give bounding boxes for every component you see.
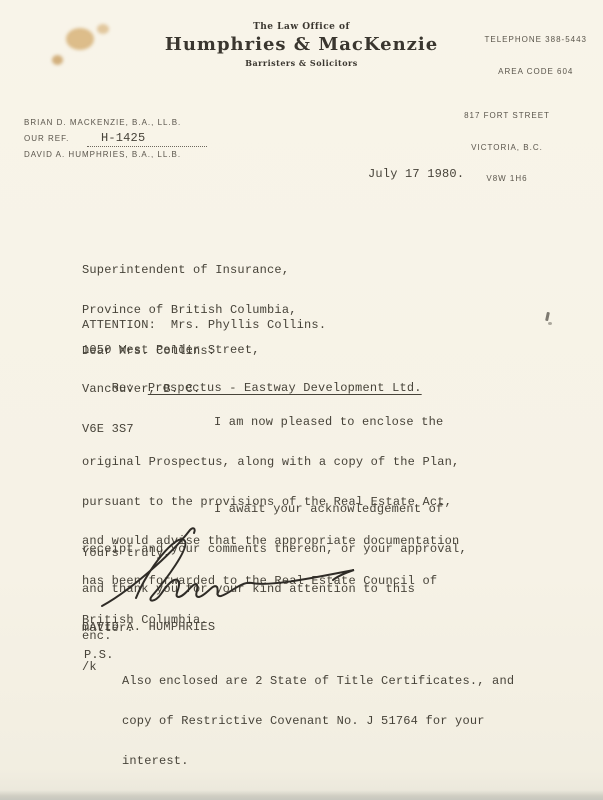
reference-label: OUR REF. xyxy=(24,134,69,143)
letterhead: The Law Office of Humphries & MacKenzie … xyxy=(0,22,603,68)
postscript-line: interest. xyxy=(122,755,514,768)
reference-line: OUR REF. H-1425 xyxy=(24,128,207,147)
postscript-label: P.S. xyxy=(84,649,114,662)
attention-line: ATTENTION: Mrs. Phyllis Collins. xyxy=(82,319,326,332)
salutation: Dear Mrs. Collins: xyxy=(82,345,215,358)
body-line: original Prospectus, along with a copy o… xyxy=(82,456,459,469)
ink-speck xyxy=(545,312,550,321)
office-street: 817 FORT STREET xyxy=(439,111,575,122)
area-code: AREA CODE 604 xyxy=(485,67,588,78)
attorney-name: BRIAN D. MACKENZIE, B.A., LL.B. xyxy=(24,118,181,129)
ink-speck xyxy=(548,322,552,325)
postscript-line: copy of Restrictive Covenant No. J 51764… xyxy=(122,715,514,728)
recipient-line: Province of British Columbia, xyxy=(82,304,297,317)
body-line: I await your acknowledgement of xyxy=(82,503,467,516)
letterhead-tagline-bottom: Barristers & Solicitors xyxy=(0,58,603,68)
office-city: VICTORIA, B.C. xyxy=(439,143,575,154)
firm-name: Humphries & MacKenzie xyxy=(0,34,603,55)
scanned-letter-page: TELEPHONE 388-5443 AREA CODE 604 The Law… xyxy=(0,0,603,800)
recipient-line: Superintendent of Insurance, xyxy=(82,264,297,277)
letterhead-tagline-top: The Law Office of xyxy=(0,22,603,32)
letter-date: July 17 1980. xyxy=(368,168,464,181)
body-line: I am now pleased to enclose the xyxy=(82,416,459,429)
office-address-block: 817 FORT STREET VICTORIA, B.C. V8W 1H6 xyxy=(439,90,575,206)
postscript-block: Also enclosed are 2 State of Title Certi… xyxy=(122,649,514,794)
reference-value: H-1425 xyxy=(87,132,207,147)
postscript-line: Also enclosed are 2 State of Title Certi… xyxy=(122,675,514,688)
attorney-name: DAVID A. HUMPHRIES, B.A., LL.B. xyxy=(24,150,181,161)
enclosure-note: enc. xyxy=(82,630,112,643)
